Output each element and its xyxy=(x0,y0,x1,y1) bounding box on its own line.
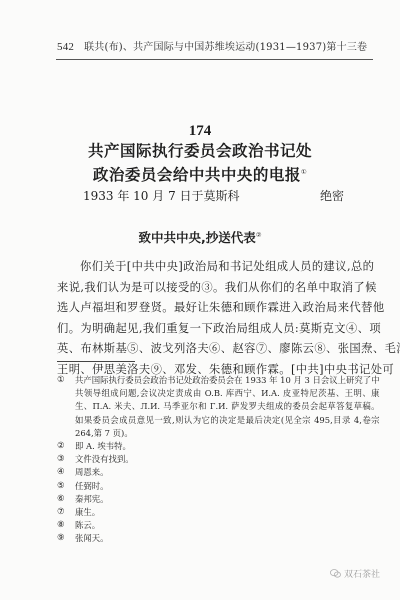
footnote-2: ② 即 A. 埃韦特。 xyxy=(57,440,373,453)
footnote-mark: ⑦ xyxy=(57,506,75,519)
footnote-mark: ⑥ xyxy=(57,493,75,506)
running-header: 542联共(布)、共产国际与中国苏维埃运动(1931—1937)第十三卷 xyxy=(57,40,373,55)
footnote-mark: ⑤ xyxy=(57,480,75,493)
footnote-mark: ⑨ xyxy=(57,532,75,545)
body-line: 来说,我们认为是可以接受的③。我们从你们的名单中取消了候 xyxy=(57,278,373,299)
book-title: 联共(布)、共产国际与中国苏维埃运动(1931—1937)第十三卷 xyxy=(84,42,367,53)
document-title-line2: 政治委员会给中共中央的电报① xyxy=(0,162,400,186)
document-title-line1: 共产国际执行委员会政治书记处 xyxy=(0,141,400,162)
footnote-line: 生、П.A. 米夫、Л.И. 马季亚尔和 Г.И. 萨发罗夫组成的委员会起草答复… xyxy=(75,400,380,413)
addressee: 致中共中央,抄送代表② xyxy=(0,227,400,246)
footnote-text: 文件没有找到。 xyxy=(75,453,373,466)
footnote-text: 陈云。 xyxy=(75,519,373,532)
footnote-3: ③ 文件没有找到。 xyxy=(57,453,373,466)
footnote-text: 张闻天。 xyxy=(75,532,373,545)
footnote-mark: ③ xyxy=(57,453,75,466)
footnote-text: 康生。 xyxy=(75,506,373,519)
footnote-line: 264,第 7 页)。 xyxy=(75,427,380,440)
page-number: 542 xyxy=(57,41,74,53)
footnote-mark: ② xyxy=(57,440,75,453)
footnote-5: ⑤ 任弼时。 xyxy=(57,480,373,493)
footnote-ref: ① xyxy=(301,168,307,176)
watermark-label: 双石茶社 xyxy=(344,567,380,580)
footnote-7: ⑦ 康生。 xyxy=(57,506,373,519)
footnote-text: 秦邦宪。 xyxy=(75,493,373,506)
footnote-line: 共领导组成问题,会议决定责成由 O.B. 库西宁、И.A. 皮亚特尼茨基、王明、… xyxy=(75,387,380,400)
header-rule xyxy=(56,59,373,60)
watermark: 双石茶社 xyxy=(330,567,380,580)
footnote-mark: ④ xyxy=(57,466,75,479)
footnote-line: 如果委员会成员意见一致,则认为它的决定是最后决定(见全宗 495,目录 4,卷宗 xyxy=(75,414,380,427)
footnote-4: ④ 周恩来。 xyxy=(57,466,373,479)
body-line: 英、布林斯基⑤、波戈列洛夫⑥、赵容⑦、廖陈云⑧、张国焘、毛泽东、 xyxy=(57,339,373,360)
footnote-ref: ② xyxy=(256,231,262,239)
footnote-line: 共产国际执行委员会政治书记处政治委员会在 1933 年 10 月 3 日会议上研… xyxy=(75,374,380,387)
footnote-text: 即 A. 埃韦特。 xyxy=(75,440,373,453)
document-number: 174 xyxy=(0,122,400,140)
footnote-separator xyxy=(57,361,135,362)
footnote-6: ⑥ 秦邦宪。 xyxy=(57,493,373,506)
body-line: 你们关于[中共中央]政治局和书记处组成人员的建议,总的 xyxy=(57,257,373,278)
body-line: 选人卢福坦和罗登贤。最好让朱德和顾作霖进入政治局来代替他 xyxy=(57,298,373,319)
title-text: 政治委员会给中共中央的电报 xyxy=(93,166,301,184)
body-line: 们。为明确起见,我们重复一下政治局组成人员:莫斯克文④、项 xyxy=(57,319,373,340)
dateline: 1933 年 10 月 7 日于莫斯科 xyxy=(83,188,240,204)
footnote-1: ① 共产国际执行委员会政治书记处政治委员会在 1933 年 10 月 3 日会议… xyxy=(57,374,373,440)
addressee-text: 致中共中央,抄送代表 xyxy=(138,230,255,245)
title-text: 共产国际执行委员会政治书记处 xyxy=(88,142,312,160)
classification-label: 绝密 xyxy=(320,188,344,204)
footnote-8: ⑧ 陈云。 xyxy=(57,519,373,532)
footnote-mark: ① xyxy=(57,374,75,387)
footnote-text: 周恩来。 xyxy=(75,466,373,479)
footnote-text: 任弼时。 xyxy=(75,480,373,493)
wechat-icon xyxy=(330,569,341,578)
footnote-text: 共产国际执行委员会政治书记处政治委员会在 1933 年 10 月 3 日会议上研… xyxy=(75,374,380,440)
footnotes: ① 共产国际执行委员会政治书记处政治委员会在 1933 年 10 月 3 日会议… xyxy=(57,374,373,546)
footnote-mark: ⑧ xyxy=(57,519,75,532)
footnote-9: ⑨ 张闻天。 xyxy=(57,532,373,545)
body-text: 你们关于[中共中央]政治局和书记处组成人员的建议,总的 来说,我们认为是可以接受… xyxy=(57,257,373,381)
